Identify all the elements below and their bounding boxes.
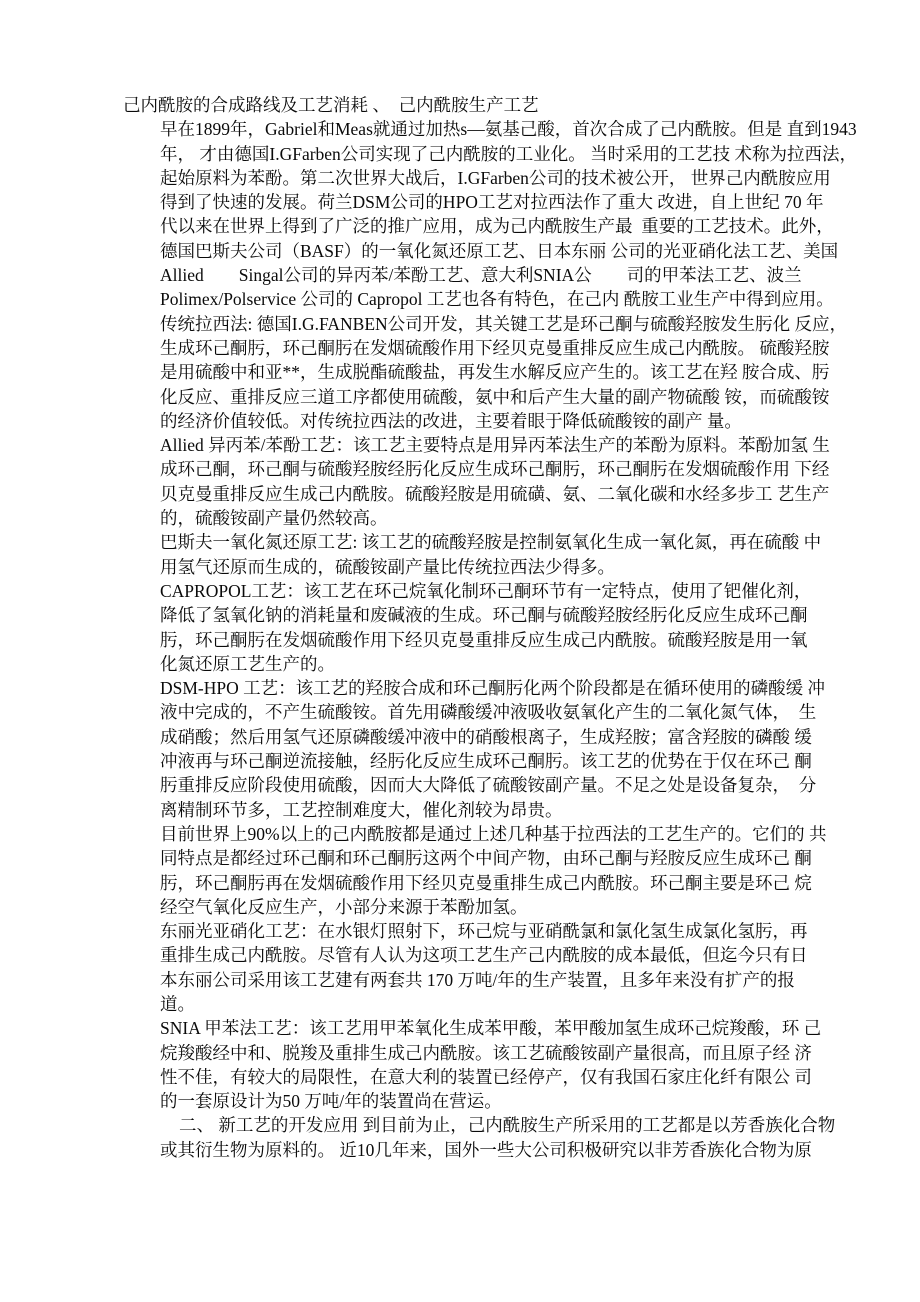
text-line: Allied 异丙苯/苯酚工艺：该工艺主要特点是用异丙苯法生产的苯酚为原料。苯酚…	[160, 433, 830, 457]
text-line: 烷羧酸经中和、脱羧及重排生成己内酰胺。该工艺硫酸铵副产量很高，而且原子经 济	[160, 1041, 830, 1065]
text-line: 或其衍生物为原料的。 近10几年来，国外一些大公司积极研究以非芳香族化合物为原	[160, 1138, 830, 1162]
text-line: 离精制环节多，工艺控制难度大，催化剂较为昂贵。	[160, 798, 830, 822]
text-line: 本东丽公司采用该工艺建有两套共 170 万吨/年的生产装置，且多年来没有扩产的报	[160, 968, 830, 992]
text-line: 的经济价值较低。对传统拉西法的改进，主要着眼于降低硫酸铵的副产 量。	[160, 409, 830, 433]
text-line: 二、 新工艺的开发应用 到目前为止，己内酰胺生产所采用的工艺都是以芳香族化合物	[160, 1113, 830, 1137]
document-page: 己内酰胺的合成路线及工艺消耗 、 己内酰胺生产工艺 早在1899年，Gabrie…	[0, 0, 920, 1302]
text-line: 道。	[160, 992, 830, 1016]
text-line: 重排生成己内酰胺。尽管有人认为这项工艺生产己内酰胺的成本最低，但迄今只有日	[160, 943, 830, 967]
text-line: 降低了氢氧化钠的消耗量和废碱液的生成。环己酮与硫酸羟胺经肟化反应生成环己酮	[160, 603, 830, 627]
text-line: CAPROPOL工艺：该工艺在环己烷氧化制环己酮环节有一定特点，使用了钯催化剂，	[160, 579, 830, 603]
text-line: 同特点是都经过环己酮和环己酮肟这两个中间产物，由环己酮与羟胺反应生成环己 酮	[160, 846, 830, 870]
text-line: 巴斯夫一氧化氮还原工艺: 该工艺的硫酸羟胺是控制氨氧化生成一氧化氮，再在硫酸 中	[160, 530, 830, 554]
text-line: Polimex/Polservice 公司的 Capropol 工艺也各有特色，…	[160, 287, 830, 311]
text-line: 液中完成的，不产生硫酸铵。首先用磷酸缓冲液吸收氨氧化产生的二氧化氮气体， 生	[160, 700, 830, 724]
text-line: 性不佳，有较大的局限性，在意大利的装置已经停产，仅有我国石家庄化纤有限公 司	[160, 1065, 830, 1089]
text-line: 目前世界上90%以上的己内酰胺都是通过上述几种基于拉西法的工艺生产的。它们的 共	[160, 822, 830, 846]
text-line: 得到了快速的发展。荷兰DSM公司的HPO工艺对拉西法作了重大 改进，自上世纪 7…	[160, 190, 830, 214]
text-line: 的，硫酸铵副产量仍然较高。	[160, 506, 830, 530]
text-line: 的一套原设计为50 万吨/年的装置尚在营运。	[160, 1089, 830, 1113]
text-line: 是用硫酸中和亚**，生成脱酯硫酸盐，再发生水解反应产生的。该工艺在羟 胺合成、肟	[160, 360, 830, 384]
text-line: DSM-HPO 工艺：该工艺的羟胺合成和环己酮肟化两个阶段都是在循环使用的磷酸缓…	[160, 676, 830, 700]
text-line: Allied Singal公司的异丙苯/苯酚工艺、意大利SNIA公 司的甲苯法工…	[160, 263, 830, 287]
text-line: SNIA 甲苯法工艺：该工艺用甲苯氧化生成苯甲酸，苯甲酸加氢生成环己烷羧酸，环 …	[160, 1016, 830, 1040]
text-line: 德国巴斯夫公司（BASF）的一氧化氮还原工艺、日本东丽 公司的光亚硝化法工艺、美…	[160, 239, 830, 263]
text-line: 成环己酮，环己酮与硫酸羟胺经肟化反应生成环己酮肟，环己酮肟在发烟硫酸作用 下经	[160, 457, 830, 481]
text-line: 化氮还原工艺生产的。	[160, 652, 830, 676]
text-line: 冲液再与环己酮逆流接触，经肟化反应生成环己酮肟。该工艺的优势在于仅在环己 酮	[160, 749, 830, 773]
text-line: 经空气氧化反应生产，小部分来源于苯酚加氢。	[160, 895, 830, 919]
document-body: 早在1899年，Gabriel和Meas就通过加热s—氨基己酸，首次合成了己内酰…	[160, 117, 830, 1162]
text-line: 东丽光亚硝化工艺：在水银灯照射下，环己烷与亚硝酰氯和氯化氢生成氯化氢肟，再	[160, 919, 830, 943]
text-line: 早在1899年，Gabriel和Meas就通过加热s—氨基己酸，首次合成了己内酰…	[160, 117, 830, 141]
text-line: 传统拉西法: 德国I.G.FANBEN公司开发，其关键工艺是环己酮与硫酸羟胺发生…	[160, 312, 830, 336]
text-line: 年， 才由德国I.GFarben公司实现了己内酰胺的工业化。 当时采用的工艺技 …	[160, 142, 830, 166]
text-line: 肟，环己酮肟在发烟硫酸作用下经贝克曼重排反应生成己内酰胺。硫酸羟胺是用一氧	[160, 628, 830, 652]
text-line: 肟，环己酮肟再在发烟硫酸作用下经贝克曼重排生成己内酰胺。环己酮主要是环己 烷	[160, 871, 830, 895]
text-line: 生成环己酮肟，环己酮肟在发烟硫酸作用下经贝克曼重排反应生成己内酰胺。 硫酸羟胺	[160, 336, 830, 360]
document-content: 己内酰胺的合成路线及工艺消耗 、 己内酰胺生产工艺 早在1899年，Gabrie…	[0, 0, 920, 1162]
text-line: 成硝酸；然后用氢气还原磷酸缓冲液中的硝酸根离子，生成羟胺；富含羟胺的磷酸 缓	[160, 725, 830, 749]
text-line: 用氢气还原而生成的，硫酸铵副产量比传统拉西法少得多。	[160, 555, 830, 579]
text-line: 起始原料为苯酚。第二次世界大战后，I.GFarben公司的技术被公开， 世界己内…	[160, 166, 830, 190]
text-line: 化反应、重排反应三道工序都使用硫酸，氨中和后产生大量的副产物硫酸 铵，而硫酸铵	[160, 385, 830, 409]
text-line: 贝克曼重排反应生成己内酰胺。硫酸羟胺是用硫磺、氨、二氧化碳和水经多步工 艺生产	[160, 482, 830, 506]
document-title: 己内酰胺的合成路线及工艺消耗 、 己内酰胺生产工艺	[123, 93, 920, 117]
text-line: 肟重排反应阶段使用硫酸，因而大大降低了硫酸铵副产量。不足之处是设备复杂， 分	[160, 773, 830, 797]
text-line: 代以来在世界上得到了广泛的推广应用，成为己内酰胺生产最 重要的工艺技术。此外，	[160, 214, 830, 238]
